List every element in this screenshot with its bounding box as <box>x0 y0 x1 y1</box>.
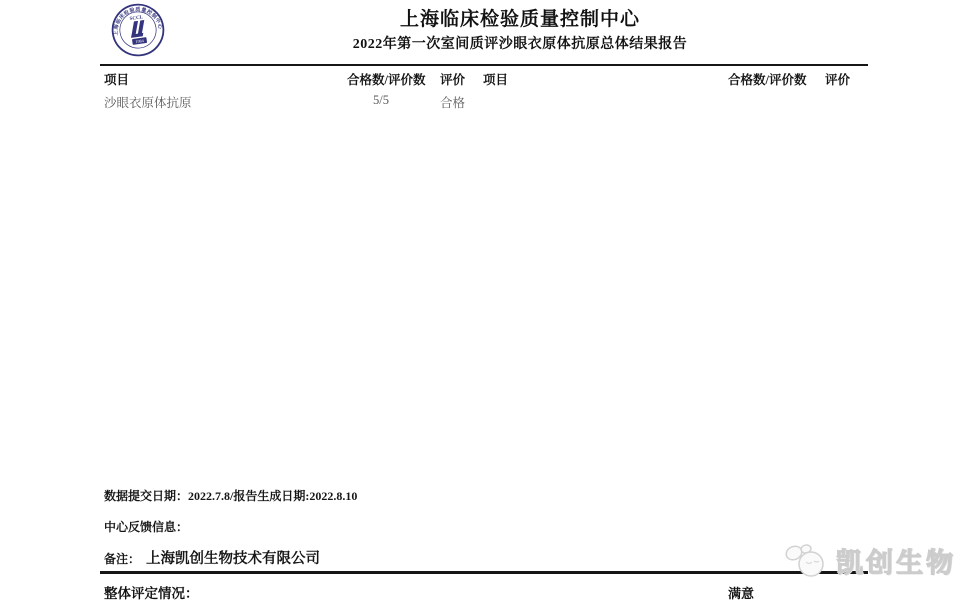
column-header-evaluation-right: 评价 <box>825 70 850 88</box>
column-header-evaluation-left: 评价 <box>440 70 465 88</box>
overall-evaluation-value: 满意 <box>728 583 754 602</box>
center-feedback-label: 中心反馈信息： <box>104 518 188 535</box>
brand-watermark-text: 凯创生物 <box>836 541 956 580</box>
overall-evaluation-label: 整体评定情况： <box>104 582 199 602</box>
table-row-score: 5/5 <box>373 93 389 108</box>
remark-label: 备注： <box>104 550 140 567</box>
column-header-score-right: 合格数/评价数 <box>728 70 806 88</box>
page-title: 上海临床检验质量控制中心 <box>100 4 940 31</box>
remark-line: 备注： 上海凯创生物技术有限公司 <box>104 547 320 568</box>
column-header-score-left: 合格数/评价数 <box>347 70 425 88</box>
submission-date-label: 数据提交日期： <box>104 489 188 503</box>
report-page: 上海临床检验质量控制中心 SCCL 1984 上海临床检验质量控制中心 2022… <box>0 0 967 605</box>
brand-mascot-icon <box>784 544 832 578</box>
brand-watermark: 凯创生物 <box>784 541 956 580</box>
remark-company-name: 上海凯创生物技术有限公司 <box>146 547 320 568</box>
table-row-evaluation: 合格 <box>440 93 465 111</box>
submission-date-line: 数据提交日期：2022.7.8/报告生成日期:2022.8.10 <box>104 487 357 504</box>
column-header-item-left: 项目 <box>104 70 129 88</box>
column-header-item-right: 项目 <box>483 70 508 88</box>
footer-divider <box>100 571 868 574</box>
submission-date-value: 2022.7.8/报告生成日期:2022.8.10 <box>188 489 357 503</box>
table-top-rule <box>100 64 868 66</box>
table-row-item: 沙眼衣原体抗原 <box>104 93 192 111</box>
report-subtitle: 2022年第一次室间质评沙眼衣原体抗原总体结果报告 <box>100 33 940 53</box>
